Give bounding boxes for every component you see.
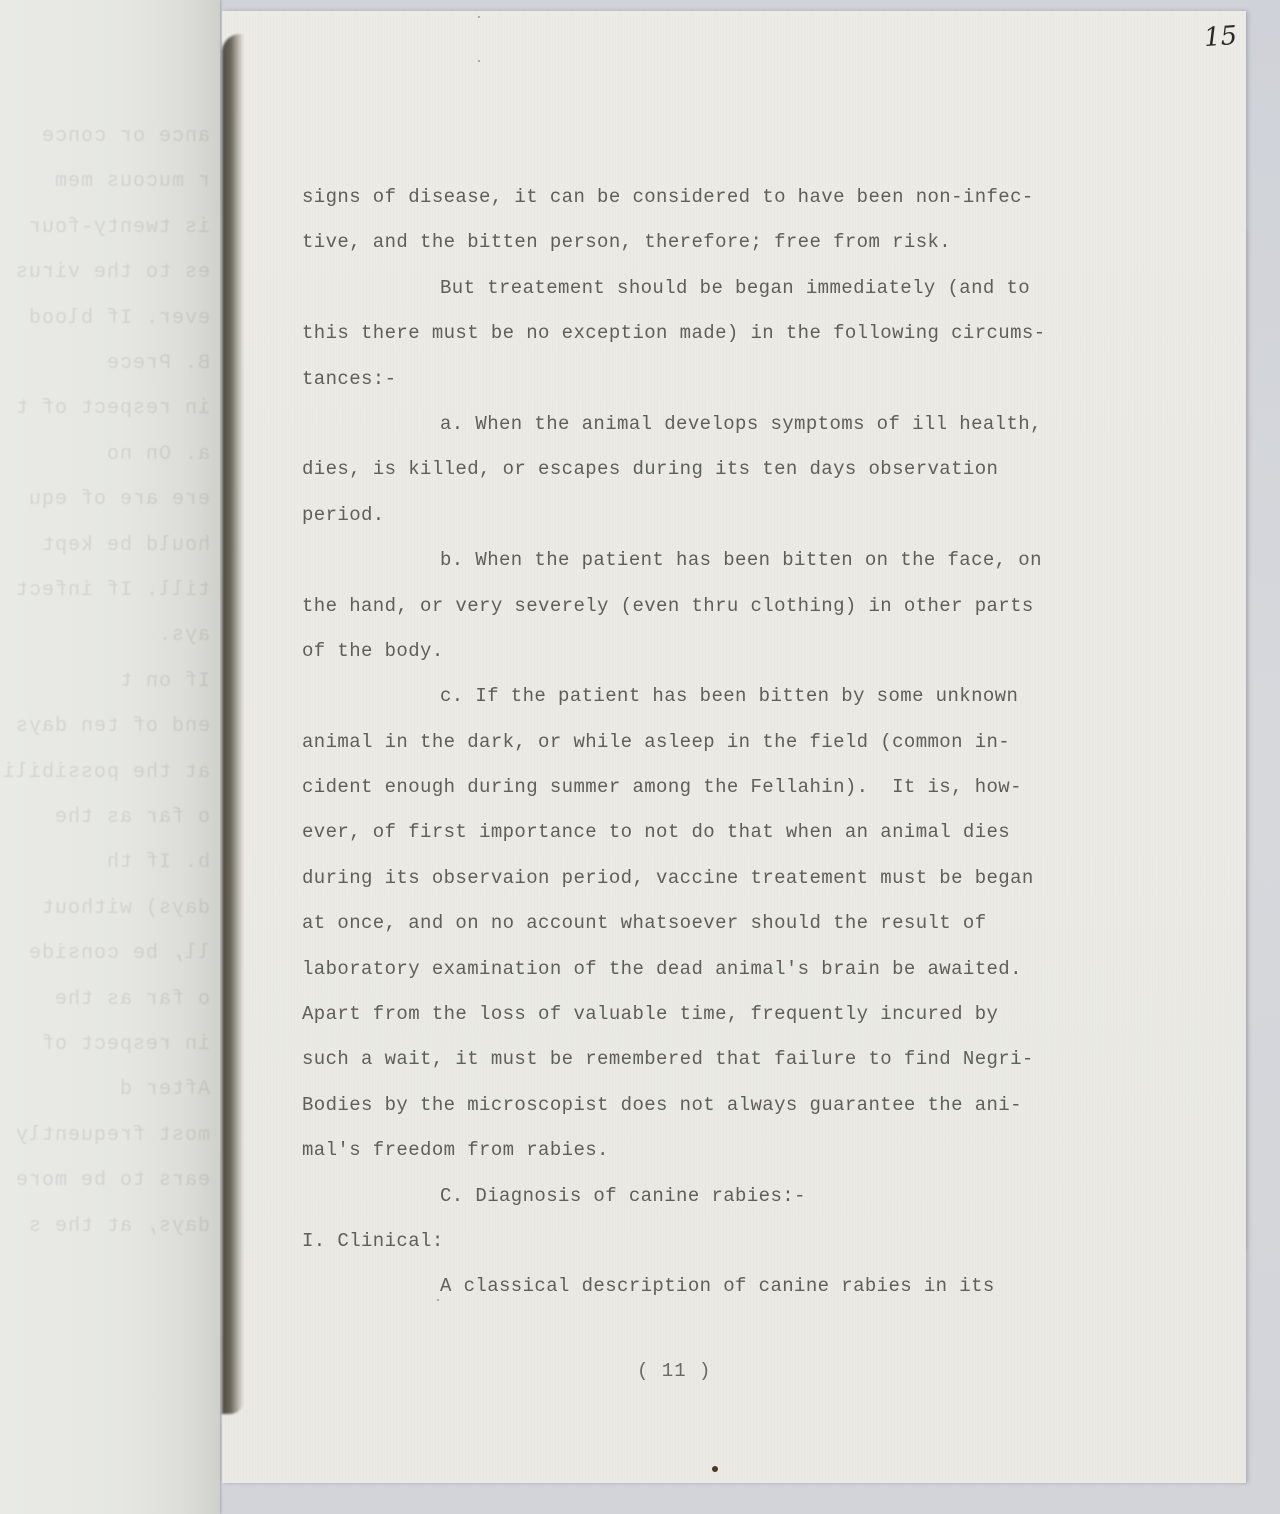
paper-speck — [478, 16, 480, 18]
bleed-through-line: ll, be conside — [28, 942, 210, 965]
text-line: mal's freedom from rabies. — [302, 1128, 1162, 1173]
paper-mark — [712, 1466, 718, 1472]
text-line: But treatement should be began immediate… — [302, 266, 1162, 311]
text-line: tive, and the bitten person, therefore; … — [302, 220, 1162, 265]
text-line: a. When the animal develops symptoms of … — [302, 402, 1162, 447]
bleed-through-line: ever. If blood — [28, 307, 210, 330]
paper-speck — [478, 60, 480, 62]
bleed-through-line: days, at the s — [28, 1215, 210, 1238]
text-line: Bodies by the microscopist does not alwa… — [302, 1083, 1162, 1128]
text-line: animal in the dark, or while asleep in t… — [302, 720, 1162, 765]
text-line: I. Clinical: — [302, 1219, 1162, 1264]
bleed-through-line: in respect of — [41, 1033, 210, 1056]
text-line: tances:- — [302, 357, 1162, 402]
text-line: dies, is killed, or escapes during its t… — [302, 447, 1162, 492]
text-line: cident enough during summer among the Fe… — [302, 765, 1162, 810]
text-line: during its observaion period, vaccine tr… — [302, 856, 1162, 901]
bleed-through-line: most frequently — [15, 1124, 210, 1147]
bleed-through-line: ere are of equ — [28, 488, 210, 511]
gutter-shadow — [222, 34, 244, 1414]
bleed-through-line: till. If infect — [15, 579, 210, 602]
bleed-through-line: in respect of t — [15, 397, 210, 420]
bleed-through-line: ance or conce — [41, 125, 210, 148]
bleed-through-line: a. On no — [106, 443, 210, 466]
paper-speck — [437, 1299, 439, 1301]
typed-page-number: ( 11 ) — [637, 1360, 711, 1382]
text-line: laboratory examination of the dead anima… — [302, 947, 1162, 992]
bleed-through-line: r mucous mem — [54, 170, 210, 193]
text-line: A classical description of canine rabies… — [302, 1264, 1162, 1309]
bleed-through-line: If on t — [119, 670, 210, 693]
bleed-through-line: days) without — [41, 897, 210, 920]
bleed-through-line: B. Prece — [106, 352, 210, 375]
bleed-through-line: ays. — [158, 624, 210, 647]
bleed-through-line: is twenty-four — [28, 216, 210, 239]
text-line: signs of disease, it can be considered t… — [302, 175, 1162, 220]
text-line: b. When the patient has been bitten on t… — [302, 538, 1162, 583]
text-line: this there must be no exception made) in… — [302, 311, 1162, 356]
bleed-through-line: hould be kept — [41, 534, 210, 557]
bleed-through-line: end of ten days — [15, 715, 210, 738]
text-line: C. Diagnosis of canine rabies:- — [302, 1174, 1162, 1219]
bleed-through-line: o far as the — [54, 806, 210, 829]
handwritten-page-number: 15 — [1203, 21, 1238, 53]
text-line: of the body. — [302, 629, 1162, 674]
bleed-through-line: at the possibili — [2, 761, 210, 784]
bleed-through-line: es to the virus — [15, 261, 210, 284]
typed-body-text: signs of disease, it can be considered t… — [302, 175, 1162, 1310]
text-line: c. If the patient has been bitten by som… — [302, 674, 1162, 719]
bleed-through-line: o far as the — [54, 988, 210, 1011]
text-line: period. — [302, 493, 1162, 538]
left-page: ance or concer mucous memis twenty-foure… — [0, 0, 220, 1514]
text-line: ever, of first importance to not do that… — [302, 810, 1162, 855]
text-line: at once, and on no account whatsoever sh… — [302, 901, 1162, 946]
bleed-through-line: After d — [119, 1078, 210, 1101]
bleed-through-line: b. If th — [106, 851, 210, 874]
text-line: the hand, or very severely (even thru cl… — [302, 584, 1162, 629]
text-line: such a wait, it must be remembered that … — [302, 1037, 1162, 1082]
text-line: Apart from the loss of valuable time, fr… — [302, 992, 1162, 1037]
bleed-through-line: ears to be more — [15, 1169, 210, 1192]
